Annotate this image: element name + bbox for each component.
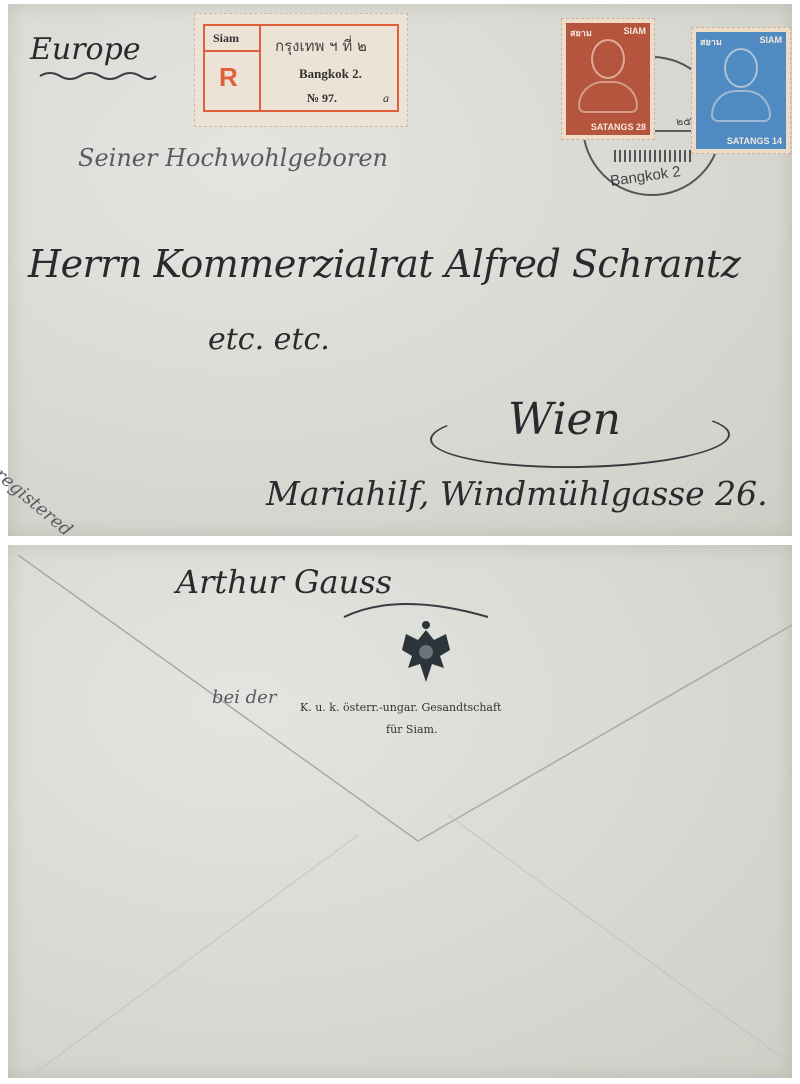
registration-country: Siam: [213, 31, 239, 46]
registered-note: registered: [0, 464, 76, 541]
stamp-28-satangs: สยามSIAM SATANGS 28: [561, 18, 655, 140]
legation-line-2: für Siam.: [386, 723, 437, 736]
registration-series: a: [383, 91, 389, 106]
stamp-country: SIAM: [760, 35, 783, 49]
registration-label: Siam R กรุงเทพ ฯ ที่ ๒ Bangkok 2. № 97. …: [194, 13, 408, 127]
legation-line-1: K. u. k. österr.-ungar. Gesandtschaft: [300, 701, 501, 714]
stamp-value: SATANGS 28: [591, 122, 646, 132]
stamp-value: SATANGS 14: [727, 136, 782, 146]
envelope-front: Europe Siam R กรุงเทพ ฯ ที่ ๒ Bangkok 2.…: [8, 4, 792, 536]
sender-signature: Arthur Gauss: [176, 563, 392, 601]
garuda-icon: [711, 90, 771, 122]
address-city: Wien: [508, 394, 621, 445]
stamp-14-satangs: สยามSIAM SATANGS 14: [691, 27, 791, 154]
handwritten-bei-der: bei der: [212, 687, 276, 708]
registration-thai-office: กรุงเทพ ฯ ที่ ๒: [275, 34, 367, 58]
garuda-icon: [578, 81, 638, 113]
registration-r-mark: R: [219, 62, 238, 93]
underline-squiggle-icon: [38, 70, 158, 82]
address-etc: etc. etc.: [208, 322, 330, 357]
address-street: Mariahilf, Windmühlgasse 26.: [266, 474, 768, 513]
king-portrait-icon: [591, 39, 625, 79]
stamp-country: SIAM: [624, 26, 647, 40]
postmark-city: Bangkok 2: [609, 163, 682, 190]
address-salutation: Seiner Hochwohlgeboren: [78, 144, 388, 172]
address-recipient-name: Herrn Kommerzialrat Alfred Schrantz: [28, 242, 740, 286]
registration-number: № 97.: [307, 91, 337, 106]
stamp-thai-label: สยาม: [700, 35, 722, 49]
stamp-thai-label: สยาม: [570, 26, 592, 40]
envelope-back: Arthur Gauss bei der K. u. k. österr.-un…: [8, 545, 792, 1078]
king-portrait-icon: [724, 48, 758, 88]
routing-note: Europe: [30, 32, 141, 67]
registration-office: Bangkok 2.: [299, 66, 362, 82]
double-headed-eagle-icon: [398, 620, 454, 690]
